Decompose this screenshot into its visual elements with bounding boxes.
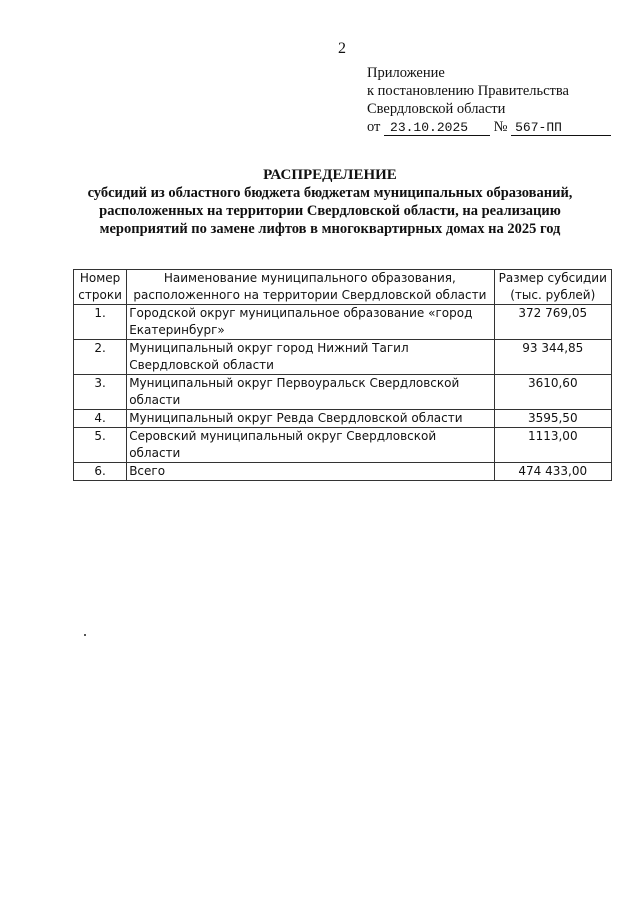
row-value: 1113,00 xyxy=(494,428,611,463)
row-number: 6. xyxy=(74,463,127,481)
appendix-resolution: к постановлению Правительства xyxy=(367,82,611,100)
appendix-label: Приложение xyxy=(367,64,611,82)
number-value: 567-ПП xyxy=(515,120,562,135)
row-number: 5. xyxy=(74,428,127,463)
document-title: РАСПРЕДЕЛЕНИЕ субсидий из областного бюд… xyxy=(60,166,600,238)
row-number: 1. xyxy=(74,305,127,340)
row-name: Серовский муниципальный округ Свердловск… xyxy=(127,428,494,463)
title-line-1: субсидий из областного бюджета бюджетам … xyxy=(60,184,600,202)
row-number: 4. xyxy=(74,410,127,428)
scan-speck xyxy=(84,634,86,636)
date-value: 23.10.2025 xyxy=(390,120,468,135)
row-value: 3610,60 xyxy=(494,375,611,410)
row-value: 3595,50 xyxy=(494,410,611,428)
appendix-region: Свердловской области xyxy=(367,100,611,118)
number-field: 567-ПП xyxy=(511,120,611,136)
appendix-header: Приложение к постановлению Правительства… xyxy=(367,64,611,136)
row-name: Муниципальный округ Первоуральск Свердло… xyxy=(127,375,494,410)
header-name: Наименование муниципального образования,… xyxy=(127,270,494,305)
table-row: 2. Муниципальный округ город Нижний Таги… xyxy=(74,340,612,375)
title-line-3: мероприятий по замене лифтов в многоквар… xyxy=(60,220,600,238)
row-name: Муниципальный округ город Нижний Тагил С… xyxy=(127,340,494,375)
row-name: Городской округ муниципальное образовани… xyxy=(127,305,494,340)
row-value: 93 344,85 xyxy=(494,340,611,375)
distribution-table: Номер строки Наименование муниципального… xyxy=(73,269,612,481)
row-number: 3. xyxy=(74,375,127,410)
table-row: 5. Серовский муниципальный округ Свердло… xyxy=(74,428,612,463)
title-line-2: расположенных на территории Свердловской… xyxy=(60,202,600,220)
row-value: 474 433,00 xyxy=(494,463,611,481)
table-total-row: 6. Всего 474 433,00 xyxy=(74,463,612,481)
date-prefix: от xyxy=(367,119,380,135)
title-main: РАСПРЕДЕЛЕНИЕ xyxy=(60,166,600,184)
page-number: 2 xyxy=(338,40,346,58)
date-field: 23.10.2025 xyxy=(384,120,490,136)
row-name: Всего xyxy=(127,463,494,481)
row-value: 372 769,05 xyxy=(494,305,611,340)
row-name: Муниципальный округ Ревда Свердловской о… xyxy=(127,410,494,428)
number-prefix: № xyxy=(494,119,508,135)
table-row: 1. Городской округ муниципальное образов… xyxy=(74,305,612,340)
row-number: 2. xyxy=(74,340,127,375)
appendix-date-number: от 23.10.2025 № 567-ПП xyxy=(367,118,611,136)
table-header-row: Номер строки Наименование муниципального… xyxy=(74,270,612,305)
table-row: 4. Муниципальный округ Ревда Свердловско… xyxy=(74,410,612,428)
table-row: 3. Муниципальный округ Первоуральск Свер… xyxy=(74,375,612,410)
header-number: Номер строки xyxy=(74,270,127,305)
header-value: Размер субсидии (тыс. рублей) xyxy=(494,270,611,305)
